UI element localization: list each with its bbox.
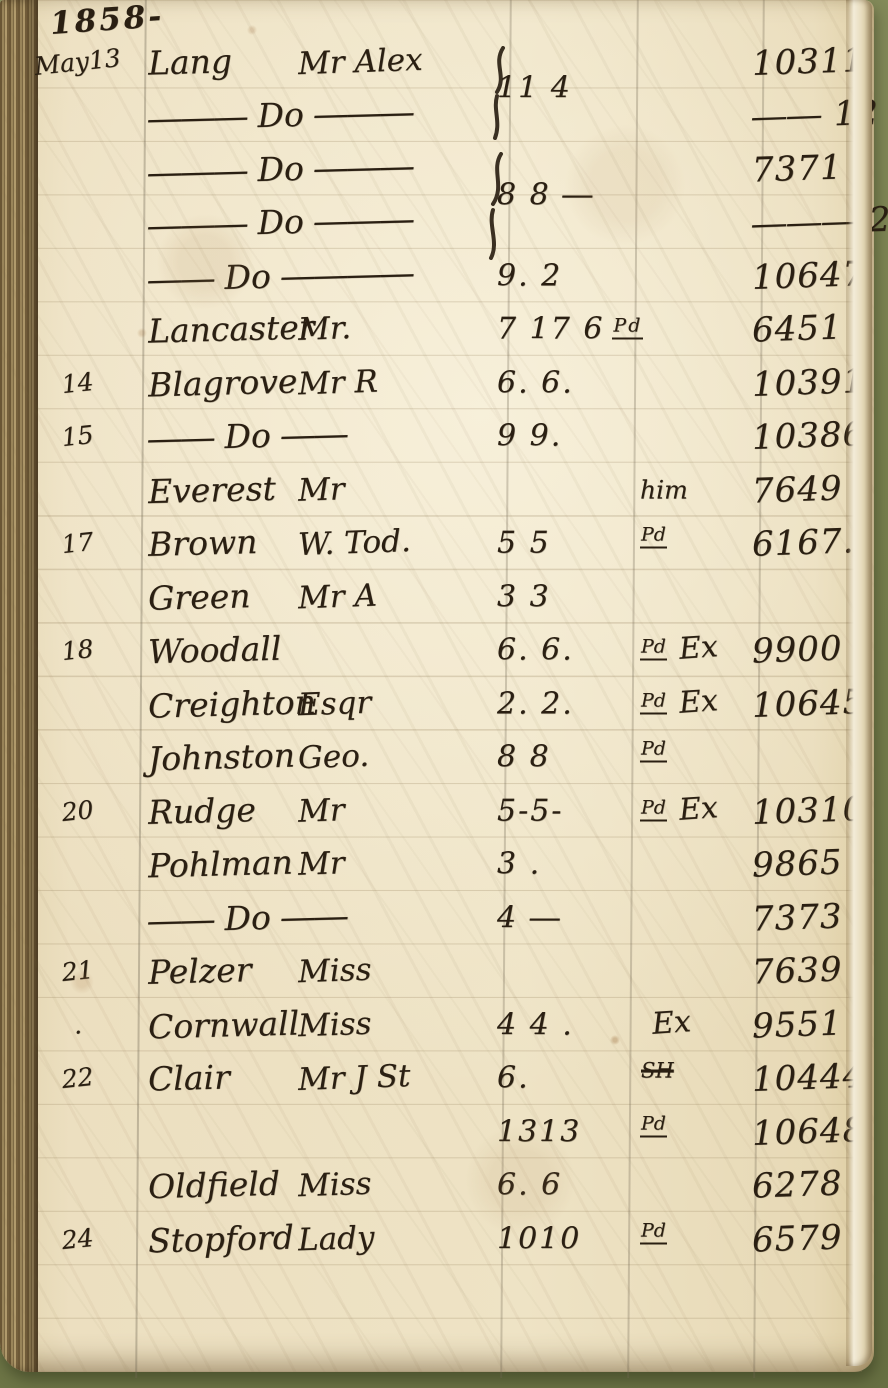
ledger-row: 1313 Pd 10648 <box>0 1105 874 1159</box>
row-name: Pelzer <box>148 950 252 992</box>
row-name: ―― Do ―――― <box>148 253 414 299</box>
row-amount: 7 17 6Pd <box>497 312 643 347</box>
amount-value: 1313 <box>497 1114 581 1149</box>
row-title: Mr A <box>297 577 377 616</box>
ex-mark: Ex <box>678 790 719 828</box>
row-title: Mr <box>297 792 345 830</box>
row-amount: 6. 6 <box>497 1168 562 1203</box>
ledger-row: Lancaster Mr. 7 17 6Pd 6451 <box>0 303 874 357</box>
row-paid-note: Ex <box>640 1007 691 1042</box>
paid-mark: Pd <box>640 689 667 714</box>
ledger-row: 14 Blagrove Mr R 6. 6. 10391 <box>0 356 874 410</box>
row-paid-note: PdEx <box>640 793 718 828</box>
note-word: him <box>640 475 688 504</box>
row-title: Miss <box>297 1166 372 1205</box>
paid-mark: Pd <box>640 524 667 549</box>
row-ledger-number: 9865 <box>751 843 843 886</box>
amount-value: 11 4 <box>497 71 572 106</box>
row-date: 17 <box>24 523 131 563</box>
row-ledger-number: 6451 <box>751 308 843 351</box>
row-date: 21 <box>24 951 131 991</box>
row-name: Oldfield <box>148 1164 281 1206</box>
row-title: Mr Alex <box>297 42 423 82</box>
row-ledger-number: 7649 <box>751 468 843 511</box>
ledger-page: 1858- May13 Lang Mr Alex 10311 ――― Do ――… <box>0 0 874 1372</box>
amount-value: 8 8 <box>497 740 551 775</box>
row-amount: 4 ― <box>497 900 562 935</box>
row-name: Stopford <box>148 1217 295 1260</box>
row-paid-note: Pd <box>640 1119 667 1144</box>
row-amount: 1313 <box>497 1114 581 1149</box>
row-title: Esqr <box>297 684 371 723</box>
ledger-row: 24 Stopford Lady 1010 Pd 6579 <box>0 1212 874 1266</box>
row-amount: 8 8 ― <box>497 178 594 213</box>
ledger-row: ―― Do ―――― 9. 2 10647 <box>0 249 874 303</box>
row-paid-note: SH <box>640 1066 675 1091</box>
row-amount: 6. 6. <box>497 365 574 400</box>
amount-value: 6. 6 <box>497 1168 562 1203</box>
row-date: 18 <box>24 630 131 670</box>
row-amount: 9 9. <box>497 419 562 454</box>
row-amount: 5 5 <box>497 526 551 561</box>
row-amount: 8 8 <box>497 740 551 775</box>
row-ledger-number: 6278 <box>751 1164 843 1207</box>
row-amount: 1010 <box>497 1221 581 1256</box>
paid-mark: Pd <box>640 1219 667 1244</box>
ex-mark: Ex <box>678 629 719 667</box>
paid-mark: Pd <box>640 738 667 763</box>
amount-value: 6. 6. <box>497 365 574 400</box>
row-name: Rudge <box>148 790 257 832</box>
amount-value: 2. 2. <box>497 686 574 721</box>
ledger-row: 15 ―― Do ―― 9 9. 10386 <box>0 410 874 464</box>
row-paid-note: PdEx <box>640 633 718 668</box>
row-name: ――― Do ――― <box>148 199 414 245</box>
ledger-row: Creighton Esqr 2. 2. PdEx 10645 <box>0 677 874 731</box>
paid-mark: Pd <box>640 636 667 661</box>
row-title: Mr R <box>297 363 378 402</box>
row-date: . <box>24 1005 131 1045</box>
row-amount: 9. 2 <box>497 258 562 293</box>
row-paid-note: him <box>640 475 688 504</box>
row-title: Mr J St <box>297 1058 411 1098</box>
amount-value: 7 17 6 <box>497 312 604 347</box>
row-name: Everest <box>148 469 277 511</box>
row-ledger-number: 9900 <box>751 629 843 672</box>
row-date: 24 <box>24 1219 131 1259</box>
ledger-row: ――― Do ――― 11 4 ―― 12 <box>0 89 874 143</box>
ledger-row: May13 Lang Mr Alex 10311 <box>0 35 874 89</box>
row-date: May13 <box>24 42 131 82</box>
row-ledger-number: 6579 <box>751 1217 843 1260</box>
amount-value: 3 . <box>497 847 541 882</box>
row-date: 22 <box>24 1058 131 1098</box>
row-title: Miss <box>297 1005 372 1044</box>
row-ledger-number: 7373 <box>751 896 843 939</box>
row-paid-note: Pd <box>640 531 667 556</box>
paid-mark: SH <box>640 1059 675 1084</box>
ledger-rows: May13 Lang Mr Alex 10311 ――― Do ――― 11 4… <box>0 35 874 1266</box>
row-name: Blagrove <box>148 361 298 404</box>
paid-mark: Pd <box>612 315 643 340</box>
row-name: Clair <box>148 1058 231 1099</box>
amount-value: 9. 2 <box>497 258 562 293</box>
amount-value: 3 3 <box>497 579 551 614</box>
amount-value: 8 8 ― <box>497 178 594 213</box>
row-amount: 11 4 <box>497 71 572 106</box>
row-amount: 3 3 <box>497 579 551 614</box>
ex-mark: Ex <box>678 683 719 721</box>
ledger-row: 20 Rudge Mr 5-5- PdEx 10310 <box>0 784 874 838</box>
ledger-row: 18 Woodall 6. 6. PdEx 9900 <box>0 624 874 678</box>
amount-value: 4 ― <box>497 900 562 935</box>
row-title: Mr <box>297 471 345 509</box>
row-name: ――― Do ――― <box>148 146 414 192</box>
row-title: Mr <box>297 845 345 883</box>
ledger-row: Pohlman Mr 3 . 9865 <box>0 838 874 892</box>
amount-value: 9 9. <box>497 419 562 454</box>
row-paid-note: Pd <box>640 745 667 770</box>
amount-value: 5 5 <box>497 526 551 561</box>
ledger-row: 21 Pelzer Miss 7639 <box>0 945 874 999</box>
row-name: Green <box>148 576 251 618</box>
ledger-row: Johnston Geo. 8 8 Pd <box>0 731 874 785</box>
paid-mark: Pd <box>640 796 667 821</box>
row-ledger-number: 6167. <box>751 521 855 565</box>
row-name: Lancaster <box>148 308 315 351</box>
row-date: 14 <box>24 363 131 403</box>
row-paid-note: PdEx <box>640 686 718 721</box>
row-title: Geo. <box>297 738 369 776</box>
row-ledger-number: 7371 <box>751 147 843 190</box>
row-name: Pohlman <box>148 843 294 886</box>
row-amount: 2. 2. <box>497 686 574 721</box>
ledger-row: 22 Clair Mr J St 6. SH 10444 <box>0 1052 874 1106</box>
ledger-row: ――― Do ――― 8 8 ― ――― 2 <box>0 196 874 250</box>
ex-mark: Ex <box>651 1004 692 1042</box>
row-amount: 5-5- <box>497 793 563 828</box>
amount-value: 6. 6. <box>497 633 574 668</box>
row-date: 15 <box>24 416 131 456</box>
row-name: ――― Do ――― <box>148 92 414 138</box>
amount-value: 1010 <box>497 1221 581 1256</box>
ledger-row: ――― Do ――― 7371 <box>0 142 874 196</box>
ledger-row: Everest Mr him 7649 <box>0 463 874 517</box>
row-amount: 6. <box>497 1061 530 1096</box>
row-name: Brown <box>148 522 258 564</box>
paid-mark: Pd <box>640 1112 667 1137</box>
row-name: Lang <box>148 41 233 82</box>
ledger-row: . Cornwall Miss 4 4 . Ex 9551 <box>0 998 874 1052</box>
ledger-row: Oldfield Miss 6. 6 6278 <box>0 1159 874 1213</box>
ledger-row: ―― Do ―― 4 ― 7373 <box>0 891 874 945</box>
page-edge <box>846 0 872 1366</box>
row-ledger-number: 7639 <box>751 950 843 993</box>
row-name: Cornwall <box>148 1003 300 1046</box>
row-title: Lady <box>297 1219 375 1258</box>
row-name: Woodall <box>148 629 282 671</box>
row-name: Johnston <box>148 736 296 779</box>
amount-value: 5-5- <box>497 793 563 828</box>
amount-value: 4 4 . <box>497 1007 574 1042</box>
row-title: Mr. <box>297 310 351 348</box>
row-amount: 6. 6. <box>497 633 574 668</box>
row-title: W. Tod. <box>297 523 411 563</box>
ledger-row: 17 Brown W. Tod. 5 5 Pd 6167. <box>0 517 874 571</box>
row-title: Miss <box>297 952 372 991</box>
row-date: 20 <box>24 791 131 831</box>
row-name: ―― Do ―― <box>148 896 348 940</box>
row-amount: 3 . <box>497 847 541 882</box>
row-name: Creighton <box>148 682 317 725</box>
row-name: ―― Do ―― <box>148 414 348 458</box>
row-ledger-number: 9551 <box>751 1003 843 1046</box>
ledger-row: Green Mr A 3 3 <box>0 570 874 624</box>
amount-value: 6. <box>497 1061 530 1096</box>
row-paid-note: Pd <box>640 1226 667 1251</box>
row-amount: 4 4 . <box>497 1007 574 1042</box>
